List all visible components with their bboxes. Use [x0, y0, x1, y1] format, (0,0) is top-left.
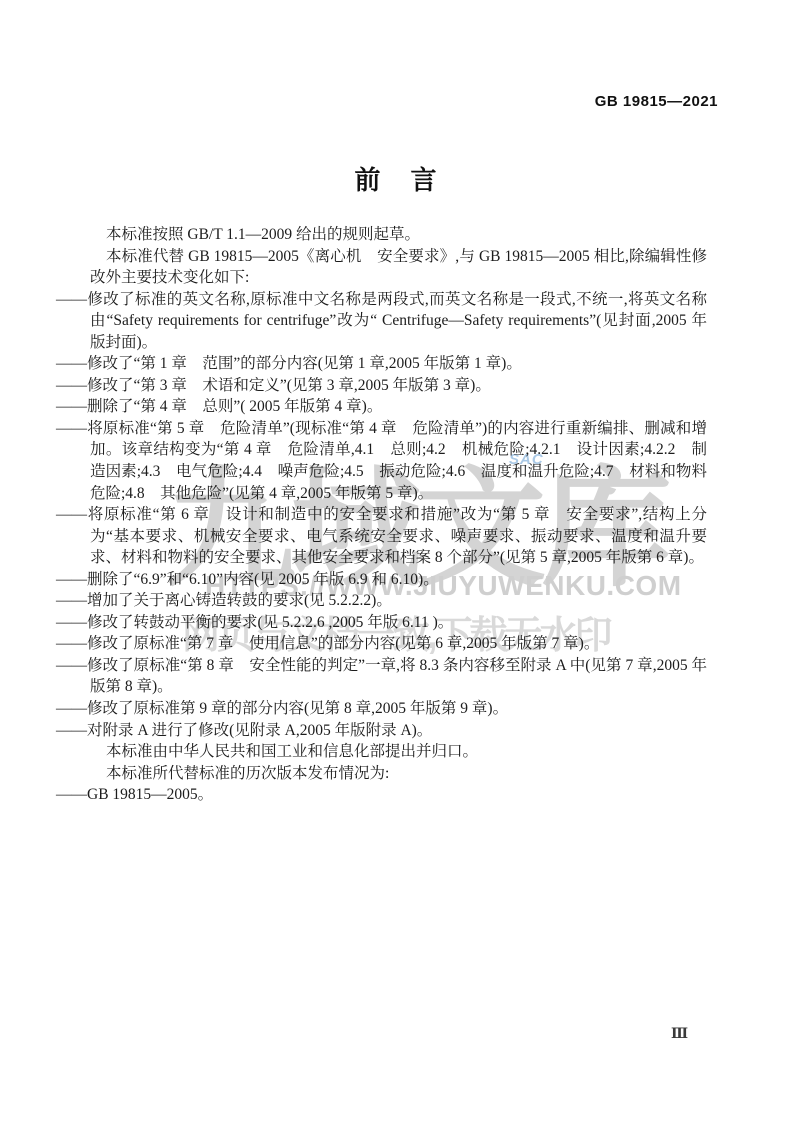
change-list-item: ——删除了“第 4 章 总则”( 2005 年版第 4 章)。 — [90, 396, 707, 418]
paragraph: 本标准按照 GB/T 1.1—2009 给出的规则起草。 — [90, 224, 707, 246]
standard-number: GB 19815—2021 — [595, 93, 718, 110]
change-list-item: ——将原标准“第 6 章 设计和制造中的安全要求和措施”改为“第 5 章 安全要… — [90, 504, 707, 569]
page-title: 前 言 — [0, 160, 793, 197]
change-list-item: ——删除了“6.9”和“6.10”内容(见 2005 年版 6.9 和 6.10… — [90, 569, 707, 591]
standard-document-page: 九域文库 HTTPS://WWW.JIUYUWENKU.COM 网页与文档一致,… — [0, 0, 793, 1122]
paragraph: 本标准由中华人民共和国工业和信息化部提出并归口。 — [90, 741, 707, 763]
change-list-item: ——修改了标准的英文名称,原标准中文名称是两段式,而英文名称是一段式,不统一,将… — [90, 289, 707, 354]
previous-edition-item: ——GB 19815—2005。 — [90, 784, 707, 806]
paragraph: 本标准代替 GB 19815—2005《离心机 安全要求》,与 GB 19815… — [90, 246, 707, 289]
paragraph: 本标准所代替标准的历次版本发布情况为: — [90, 763, 707, 785]
change-list-item: ——修改了“第 3 章 术语和定义”(见第 3 章,2005 年版第 3 章)。 — [90, 375, 707, 397]
change-list-item: ——增加了关于离心铸造转鼓的要求(见 5.2.2.2)。 — [90, 590, 707, 612]
change-list-item: ——修改了原标准“第 8 章 安全性能的判定”一章,将 8.3 条内容移至附录 … — [90, 655, 707, 698]
page-number: Ⅲ — [671, 1026, 688, 1043]
change-list-item: ——修改了原标准第 9 章的部分内容(见第 8 章,2005 年版第 9 章)。 — [90, 698, 707, 720]
change-list-item: ——修改了转鼓动平衡的要求(见 5.2.2.6 ,2005 年版 6.11 )。 — [90, 612, 707, 634]
change-list-item: ——修改了原标准“第 7 章 使用信息”的部分内容(见第 6 章,2005 年版… — [90, 633, 707, 655]
change-list-item: ——对附录 A 进行了修改(见附录 A,2005 年版附录 A)。 — [90, 720, 707, 742]
change-list-item: ——将原标准“第 5 章 危险清单”(现标准“第 4 章 危险清单”)的内容进行… — [90, 418, 707, 504]
foreword-body: 本标准按照 GB/T 1.1—2009 给出的规则起草。 本标准代替 GB 19… — [90, 224, 707, 806]
change-list-item: ——修改了“第 1 章 范围”的部分内容(见第 1 章,2005 年版第 1 章… — [90, 353, 707, 375]
